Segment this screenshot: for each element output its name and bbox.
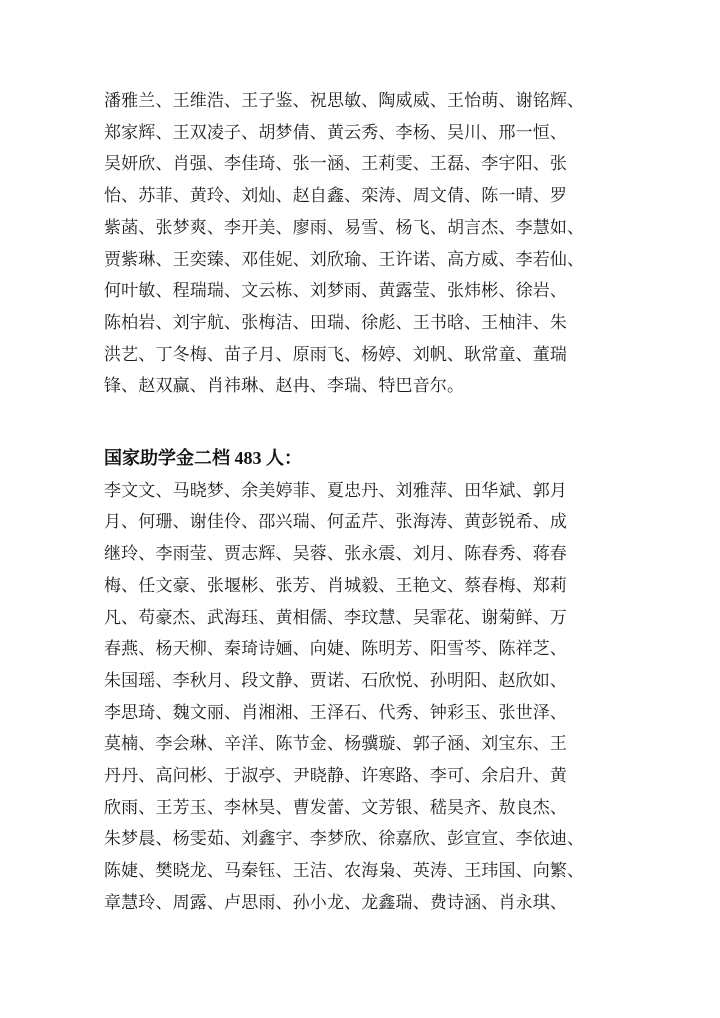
text-line: 丹丹、高问彬、于淑亭、尹晓静、许寒路、李可、余启升、黄 [104,760,612,792]
document-page: 潘雅兰、王维浩、王子鉴、祝思敏、陶威威、王怡萌、谢铭辉、 郑家辉、王双凌子、胡梦… [0,0,720,1018]
text-line: 李文文、马晓梦、余美婷菲、夏忠丹、刘雅萍、田华斌、郭月 [104,475,612,507]
text-line: 陈婕、樊晓龙、马秦钰、王洁、农海枭、英涛、王玮国、向繁、 [104,855,612,887]
name-list-paragraph-1: 潘雅兰、王维浩、王子鉴、祝思敏、陶威威、王怡萌、谢铭辉、 郑家辉、王双凌子、胡梦… [104,85,612,402]
text-line: 吴妍欣、肖强、李佳琦、张一涵、王莉雯、王磊、李宇阳、张 [104,148,612,180]
text-line: 梅、任文豪、张堰彬、张芳、肖城毅、王艳文、蔡春梅、郑莉 [104,570,612,602]
text-line: 洪艺、丁冬梅、苗子月、原雨飞、杨婷、刘帆、耿常童、董瑞 [104,339,612,371]
text-line: 月、何珊、谢佳伶、邵兴瑞、何孟芹、张海涛、黄彭锐希、成 [104,506,612,538]
text-line: 郑家辉、王双凌子、胡梦倩、黄云秀、李杨、吴川、邢一恒、 [104,117,612,149]
text-line: 朱梦晨、杨雯茹、刘鑫宇、李梦欣、徐嘉欣、彭宣宣、李依迪、 [104,823,612,855]
name-list-paragraph-2: 李文文、马晓梦、余美婷菲、夏忠丹、刘雅萍、田华斌、郭月 月、何珊、谢佳伶、邵兴瑞… [104,475,612,919]
text-line: 怡、苏菲、黄玲、刘灿、赵自鑫、栾涛、周文倩、陈一晴、罗 [104,180,612,212]
text-line: 李思琦、魏文丽、肖湘湘、王泽石、代秀、钟彩玉、张世泽、 [104,697,612,729]
text-line: 莫楠、李会琳、辛洋、陈节金、杨骥璇、郭子涵、刘宝东、王 [104,728,612,760]
text-line: 锋、赵双赢、肖祎琳、赵冉、李瑞、特巴音尔。 [104,370,612,402]
text-line: 欣雨、王芳玉、李林昊、曹发蕾、文芳银、嵇昊齐、敖良杰、 [104,792,612,824]
text-line: 朱国瑶、李秋月、段文静、贾诺、石欣悦、孙明阳、赵欣如、 [104,665,612,697]
section-heading: 国家助学金二档 483 人： [104,443,612,475]
text-line: 继玲、李雨莹、贾志辉、吴蓉、张永震、刘月、陈春秀、蒋春 [104,538,612,570]
text-line: 陈柏岩、刘宇航、张梅洁、田瑞、徐彪、王书晗、王柚沣、朱 [104,307,612,339]
text-line: 紫菡、张梦爽、李开美、廖雨、易雪、杨飞、胡言杰、李慧如、 [104,212,612,244]
text-line: 春燕、杨天柳、秦琦诗婳、向婕、陈明芳、阳雪芩、陈祥芝、 [104,633,612,665]
text-line: 贾紫琳、王奕臻、邓佳妮、刘欣瑜、王许诺、高方威、李若仙、 [104,244,612,276]
text-line: 凡、苟豪杰、武海珏、黄相儒、李玟慧、吴霏花、谢菊鲜、万 [104,602,612,634]
text-line: 潘雅兰、王维浩、王子鉴、祝思敏、陶威威、王怡萌、谢铭辉、 [104,85,612,117]
text-line: 何叶敏、程瑞瑞、文云栋、刘梦雨、黄露莹、张炜彬、徐岩、 [104,275,612,307]
document-content: 潘雅兰、王维浩、王子鉴、祝思敏、陶威威、王怡萌、谢铭辉、 郑家辉、王双凌子、胡梦… [104,85,612,919]
text-line: 章慧玲、周露、卢思雨、孙小龙、龙鑫瑞、费诗涵、肖永琪、 [104,887,612,919]
